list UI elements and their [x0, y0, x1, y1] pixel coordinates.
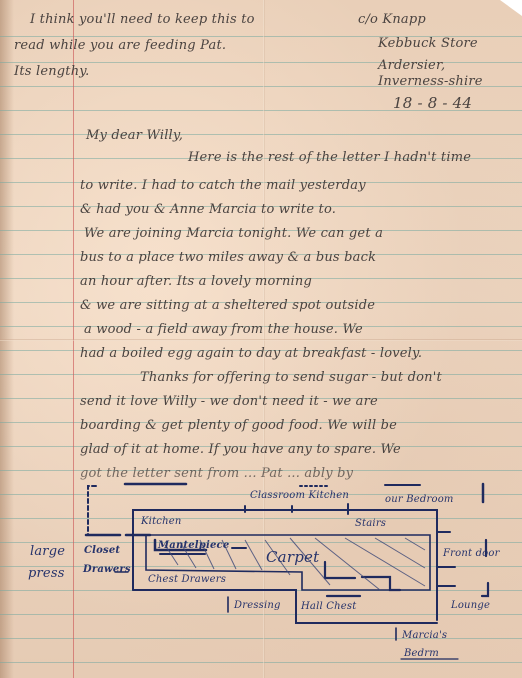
plan-label-marcias: Marcia's	[402, 630, 447, 641]
plan-label-large: large	[30, 544, 65, 559]
plan-label-bedroom: Bedrm	[404, 648, 439, 659]
plan-label-dressing: Dressing	[234, 600, 281, 611]
plan-label-chest-drawers: Chest Drawers	[148, 574, 226, 585]
plan-label-closet: Closet	[84, 545, 120, 556]
plan-label-our-bedroom: our Bedroom	[385, 494, 454, 505]
plan-label-kitchen: Kitchen	[141, 516, 182, 527]
plan-label-front-door: Front door	[443, 548, 500, 559]
plan-label-lounge: Lounge	[451, 600, 490, 611]
floor-plan-sketch	[0, 0, 522, 678]
plan-label-stairs: Stairs	[355, 518, 386, 529]
plan-label-press: press	[28, 566, 65, 581]
plan-label-carpet: Carpet	[266, 548, 319, 566]
plan-label-mantelpiece: Mantelpiece	[158, 540, 229, 551]
plan-label-drawers: Drawers	[83, 564, 131, 575]
plan-label-classroom-kitchen: Classroom Kitchen	[250, 490, 349, 501]
letter-page: I think you'll need to keep this to read…	[0, 0, 522, 678]
plan-label-hall-chest: Hall Chest	[301, 601, 356, 612]
